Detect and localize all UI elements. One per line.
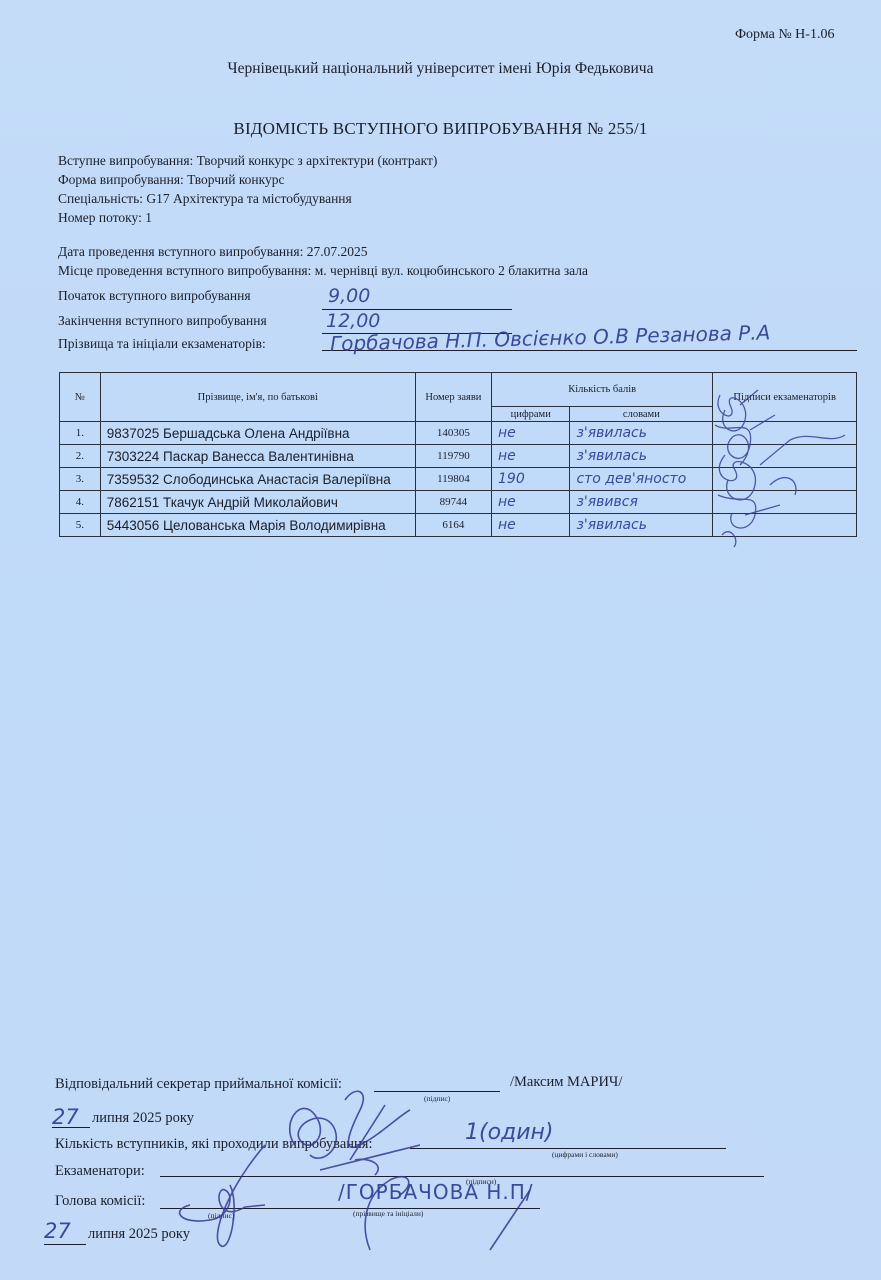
exam-name: Вступне випробування: Творчий конкурс з … — [58, 151, 437, 170]
score-words[interactable]: з'явився — [570, 491, 713, 514]
score-words-value: з'явилась — [576, 448, 647, 464]
date2-day-line — [44, 1244, 86, 1245]
row-number: 2. — [60, 445, 101, 468]
header-name: Прізвище, ім'я, по батькові — [100, 373, 415, 422]
score-digits[interactable]: не — [492, 422, 570, 445]
application-number: 140305 — [415, 422, 491, 445]
exam-info: Вступне випробування: Творчий конкурс з … — [58, 151, 437, 227]
examiners-signatures-scribble — [700, 385, 850, 550]
head-label: Голова комісії: — [55, 1193, 145, 1210]
score-digits-value: не — [498, 517, 516, 533]
form-number: Форма № Н-1.06 — [735, 27, 834, 43]
score-digits[interactable]: не — [492, 491, 570, 514]
end-label: Закінчення вступного випробування — [58, 313, 267, 329]
examiners-label: Прізвища та ініціали екзаменаторів: — [58, 336, 266, 352]
score-words[interactable]: сто дев'яносто — [570, 468, 713, 491]
score-words-value: з'явилась — [576, 425, 647, 441]
application-number: 89744 — [415, 491, 491, 514]
end-value[interactable]: 12,00 — [326, 310, 380, 332]
applicant-name: 5443056 Целованська Марія Володимирівна — [100, 514, 415, 537]
score-digits-value: 190 — [498, 471, 525, 487]
date-day[interactable]: 27 — [52, 1105, 79, 1129]
stream-number: Номер потоку: 1 — [58, 208, 437, 227]
applicant-name: 9837025 Бершадська Олена Андріївна — [100, 422, 415, 445]
date2-day[interactable]: 27 — [44, 1219, 71, 1243]
score-digits-value: не — [498, 494, 516, 510]
row-number: 1. — [60, 422, 101, 445]
row-number: 5. — [60, 514, 101, 537]
score-digits-value: не — [498, 448, 516, 464]
header-score-group: Кількість балів — [492, 373, 713, 407]
score-digits-value: не — [498, 425, 516, 441]
score-words-value: сто дев'яносто — [576, 471, 686, 487]
exam-date-place: Дата проведення вступного випробування: … — [58, 242, 588, 280]
application-number: 6164 — [415, 514, 491, 537]
university-name: Чернівецький національний університет ім… — [0, 60, 881, 78]
exam-date: Дата проведення вступного випробування: … — [58, 242, 588, 261]
score-digits[interactable]: не — [492, 445, 570, 468]
score-words[interactable]: з'явилась — [570, 445, 713, 468]
row-number: 3. — [60, 468, 101, 491]
header-no: № — [60, 373, 101, 422]
application-number: 119804 — [415, 468, 491, 491]
examiners-footer-label: Екзаменатори: — [55, 1163, 145, 1180]
row-number: 4. — [60, 491, 101, 514]
applicant-name: 7359532 Слободинська Анастасія Валеріївн… — [100, 468, 415, 491]
document-title: ВІДОМІСТЬ ВСТУПНОГО ВИПРОБУВАННЯ № 255/1 — [0, 119, 881, 139]
start-value[interactable]: 9,00 — [328, 285, 370, 307]
header-score-digits: цифрами — [492, 407, 570, 422]
header-application: Номер заяви — [415, 373, 491, 422]
score-words[interactable]: з'явилась — [570, 422, 713, 445]
score-digits[interactable]: 190 — [492, 468, 570, 491]
specialty: Спеціальність: G17 Архітектура та містоб… — [58, 189, 437, 208]
exam-place: Місце проведення вступного випробування:… — [58, 261, 588, 280]
header-score-words: словами — [570, 407, 713, 422]
commission-signatures-scribble — [170, 1085, 590, 1255]
score-digits[interactable]: не — [492, 514, 570, 537]
applicant-name: 7862151 Ткачук Андрій Миколайович — [100, 491, 415, 514]
score-words-value: з'явився — [576, 494, 637, 510]
application-number: 119790 — [415, 445, 491, 468]
score-words-value: з'явилась — [576, 517, 647, 533]
start-label: Початок вступного випробування — [58, 288, 251, 304]
score-words[interactable]: з'явилась — [570, 514, 713, 537]
applicant-name: 7303224 Паскар Ванесса Валентинівна — [100, 445, 415, 468]
exam-form: Форма випробування: Творчий конкурс — [58, 170, 437, 189]
